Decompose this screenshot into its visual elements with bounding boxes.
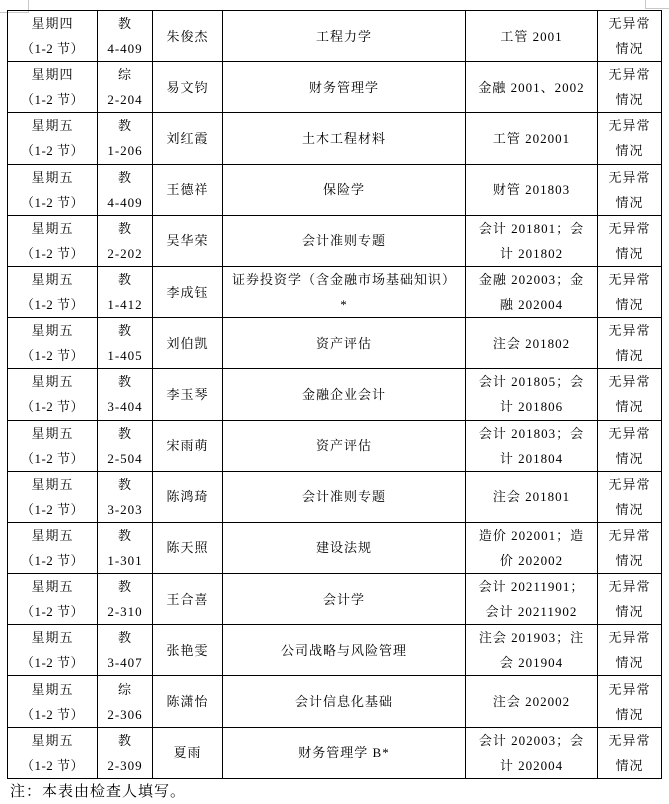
location-cell: 教1-405 [98, 318, 153, 369]
course-cell: 资产评估 [223, 318, 466, 369]
building-text: 教 [104, 267, 146, 292]
table-row: 星期五（1-2 节） 教1-405 刘伯凯 资产评估 注会 201802 无异常… [8, 318, 662, 369]
day-text: 星期五 [14, 574, 91, 599]
course-cell: 工程力学 [223, 11, 466, 62]
day-text: 星期五 [14, 677, 91, 702]
building-text: 教 [104, 728, 146, 753]
period-text: （1-2 节） [14, 446, 91, 471]
table-row: 星期四（1-2 节） 综2-204 易文钧 财务管理学 金融 2001、2002… [8, 62, 662, 113]
location-cell: 教3-203 [98, 471, 153, 522]
day-period-cell: 星期五（1-2 节） [8, 471, 98, 522]
day-text: 星期五 [14, 728, 91, 753]
building-text: 教 [104, 523, 146, 548]
table-row: 星期五（1-2 节） 教3-404 李玉琴 金融企业会计 会计 201805；会… [8, 369, 662, 420]
status-cell: 无异常情况 [598, 164, 662, 215]
course-cell: 建设法规 [223, 522, 466, 573]
period-text: （1-2 节） [14, 548, 91, 573]
day-text: 星期五 [14, 216, 91, 241]
table-row: 星期五（1-2 节） 教3-407 张艳雯 公司战略与风险管理 注会 20190… [8, 625, 662, 676]
class-cell: 注会 201801 [466, 471, 598, 522]
period-text: （1-2 节） [14, 497, 91, 522]
day-period-cell: 星期五（1-2 节） [8, 676, 98, 727]
room-text: 2-504 [104, 446, 146, 471]
teacher-cell: 朱俊杰 [153, 11, 223, 62]
day-text: 星期五 [14, 369, 91, 394]
building-text: 教 [104, 369, 146, 394]
period-text: （1-2 节） [14, 753, 91, 778]
class-cell: 注会 201802 [466, 318, 598, 369]
teacher-cell: 吴华荣 [153, 215, 223, 266]
room-text: 3-407 [104, 650, 146, 675]
status-cell: 无异常情况 [598, 522, 662, 573]
status-cell: 无异常情况 [598, 574, 662, 625]
day-period-cell: 星期五（1-2 节） [8, 113, 98, 164]
location-cell: 教3-407 [98, 625, 153, 676]
day-period-cell: 星期五（1-2 节） [8, 369, 98, 420]
day-period-cell: 星期五（1-2 节） [8, 420, 98, 471]
location-cell: 教2-202 [98, 215, 153, 266]
inspection-table: 星期四（1-2 节） 教4-409 朱俊杰 工程力学 工管 2001 无异常情况… [7, 10, 662, 779]
room-text: 3-203 [104, 497, 146, 522]
table-row: 星期五（1-2 节） 教4-409 王德祥 保险学 财管 201803 无异常情… [8, 164, 662, 215]
day-period-cell: 星期五（1-2 节） [8, 522, 98, 573]
class-cell: 金融 2001、2002 [466, 62, 598, 113]
day-text: 星期五 [14, 472, 91, 497]
period-text: （1-2 节） [14, 241, 91, 266]
period-text: （1-2 节） [14, 138, 91, 163]
day-period-cell: 星期五（1-2 节） [8, 727, 98, 778]
table-row: 星期五（1-2 节） 教1-301 陈天照 建设法规 造价 202001；造价 … [8, 522, 662, 573]
building-text: 教 [104, 318, 146, 343]
note-text: 注：本表由检查人填写。 [10, 780, 186, 801]
period-text: （1-2 节） [14, 650, 91, 675]
table-row: 星期五（1-2 节） 教2-310 王合喜 会计学 会计 20211901；会计… [8, 574, 662, 625]
class-cell: 会计 201803；会计 201804 [466, 420, 598, 471]
status-cell: 无异常情况 [598, 420, 662, 471]
location-cell: 教2-309 [98, 727, 153, 778]
teacher-cell: 李成钰 [153, 266, 223, 317]
location-cell: 教2-310 [98, 574, 153, 625]
course-cell: 财务管理学 [223, 62, 466, 113]
table-row: 星期五（1-2 节） 教2-202 吴华荣 会计准则专题 会计 201801；会… [8, 215, 662, 266]
status-cell: 无异常情况 [598, 369, 662, 420]
building-text: 综 [104, 62, 146, 87]
day-period-cell: 星期五（1-2 节） [8, 164, 98, 215]
location-cell: 教4-409 [98, 11, 153, 62]
period-text: （1-2 节） [14, 702, 91, 727]
class-cell: 工管 2001 [466, 11, 598, 62]
cropped-gridline-top-right [645, 0, 669, 9]
day-text: 星期五 [14, 267, 91, 292]
location-cell: 综2-306 [98, 676, 153, 727]
room-text: 2-204 [104, 87, 146, 112]
table-row: 星期四（1-2 节） 教4-409 朱俊杰 工程力学 工管 2001 无异常情况 [8, 11, 662, 62]
day-text: 星期五 [14, 523, 91, 548]
teacher-cell: 张艳雯 [153, 625, 223, 676]
table-row: 星期五（1-2 节） 教3-203 陈鸿琦 会计准则专题 注会 201801 无… [8, 471, 662, 522]
teacher-cell: 宋雨萌 [153, 420, 223, 471]
table-row: 星期五（1-2 节） 教1-206 刘红霞 土木工程材料 工管 202001 无… [8, 113, 662, 164]
status-cell: 无异常情况 [598, 215, 662, 266]
building-text: 综 [104, 677, 146, 702]
teacher-cell: 陈潇怡 [153, 676, 223, 727]
class-cell: 工管 202001 [466, 113, 598, 164]
course-cell: 会计信息化基础 [223, 676, 466, 727]
status-cell: 无异常情况 [598, 625, 662, 676]
period-text: （1-2 节） [14, 394, 91, 419]
day-text: 星期四 [14, 62, 91, 87]
teacher-cell: 王合喜 [153, 574, 223, 625]
period-text: （1-2 节） [14, 343, 91, 368]
period-text: （1-2 节） [14, 87, 91, 112]
class-cell: 财管 201803 [466, 164, 598, 215]
class-cell: 会计 202003；会计 202004 [466, 727, 598, 778]
status-cell: 无异常情况 [598, 676, 662, 727]
course-cell: 财务管理学 B* [223, 727, 466, 778]
room-text: 1-405 [104, 343, 146, 368]
building-text: 教 [104, 216, 146, 241]
class-cell: 会计 201801；会计 201802 [466, 215, 598, 266]
period-text: （1-2 节） [14, 599, 91, 624]
course-cell: 公司战略与风险管理 [223, 625, 466, 676]
building-text: 教 [104, 625, 146, 650]
status-cell: 无异常情况 [598, 266, 662, 317]
period-text: （1-2 节） [14, 36, 91, 61]
room-text: 2-306 [104, 702, 146, 727]
location-cell: 教4-409 [98, 164, 153, 215]
course-cell: 会计学 [223, 574, 466, 625]
class-cell: 注会 202002 [466, 676, 598, 727]
day-text: 星期四 [14, 11, 91, 36]
day-period-cell: 星期五（1-2 节） [8, 215, 98, 266]
status-cell: 无异常情况 [598, 62, 662, 113]
teacher-cell: 刘红霞 [153, 113, 223, 164]
room-text: 4-409 [104, 36, 146, 61]
room-text: 2-309 [104, 753, 146, 778]
status-cell: 无异常情况 [598, 11, 662, 62]
course-cell: 会计准则专题 [223, 215, 466, 266]
course-cell: 会计准则专题 [223, 471, 466, 522]
table-row: 星期五（1-2 节） 综2-306 陈潇怡 会计信息化基础 注会 202002 … [8, 676, 662, 727]
teacher-cell: 陈鸿琦 [153, 471, 223, 522]
teacher-cell: 刘伯凯 [153, 318, 223, 369]
day-text: 星期五 [14, 318, 91, 343]
building-text: 教 [104, 421, 146, 446]
room-text: 1-412 [104, 292, 146, 317]
room-text: 4-409 [104, 190, 146, 215]
location-cell: 教1-412 [98, 266, 153, 317]
period-text: （1-2 节） [14, 292, 91, 317]
course-cell: 土木工程材料 [223, 113, 466, 164]
day-period-cell: 星期五（1-2 节） [8, 318, 98, 369]
teacher-cell: 夏雨 [153, 727, 223, 778]
class-cell: 会计 20211901；会计 20211902 [466, 574, 598, 625]
class-cell: 注会 201903；注会 201904 [466, 625, 598, 676]
table-row: 星期五（1-2 节） 教2-309 夏雨 财务管理学 B* 会计 202003；… [8, 727, 662, 778]
class-cell: 会计 201805；会计 201806 [466, 369, 598, 420]
table-row: 星期五（1-2 节） 教1-412 李成钰 证券投资学（含金融市场基础知识）* … [8, 266, 662, 317]
teacher-cell: 陈天照 [153, 522, 223, 573]
location-cell: 综2-204 [98, 62, 153, 113]
teacher-cell: 李玉琴 [153, 369, 223, 420]
course-cell: 保险学 [223, 164, 466, 215]
status-cell: 无异常情况 [598, 113, 662, 164]
room-text: 1-206 [104, 138, 146, 163]
teacher-cell: 王德祥 [153, 164, 223, 215]
teacher-cell: 易文钧 [153, 62, 223, 113]
building-text: 教 [104, 113, 146, 138]
building-text: 教 [104, 11, 146, 36]
table-row: 星期五（1-2 节） 教2-504 宋雨萌 资产评估 会计 201803；会计 … [8, 420, 662, 471]
location-cell: 教1-301 [98, 522, 153, 573]
document-page: 星期四（1-2 节） 教4-409 朱俊杰 工程力学 工管 2001 无异常情况… [0, 0, 669, 804]
room-text: 1-301 [104, 548, 146, 573]
status-cell: 无异常情况 [598, 471, 662, 522]
course-cell: 金融企业会计 [223, 369, 466, 420]
location-cell: 教2-504 [98, 420, 153, 471]
course-cell: 证券投资学（含金融市场基础知识）* [223, 266, 466, 317]
day-text: 星期五 [14, 113, 91, 138]
location-cell: 教3-404 [98, 369, 153, 420]
building-text: 教 [104, 472, 146, 497]
status-cell: 无异常情况 [598, 727, 662, 778]
course-cell: 资产评估 [223, 420, 466, 471]
day-period-cell: 星期四（1-2 节） [8, 62, 98, 113]
day-text: 星期五 [14, 625, 91, 650]
building-text: 教 [104, 165, 146, 190]
room-text: 2-202 [104, 241, 146, 266]
location-cell: 教1-206 [98, 113, 153, 164]
building-text: 教 [104, 574, 146, 599]
room-text: 2-310 [104, 599, 146, 624]
period-text: （1-2 节） [14, 190, 91, 215]
day-text: 星期五 [14, 421, 91, 446]
day-text: 星期五 [14, 165, 91, 190]
class-cell: 金融 202003；金融 202004 [466, 266, 598, 317]
day-period-cell: 星期四（1-2 节） [8, 11, 98, 62]
day-period-cell: 星期五（1-2 节） [8, 266, 98, 317]
status-cell: 无异常情况 [598, 318, 662, 369]
day-period-cell: 星期五（1-2 节） [8, 625, 98, 676]
day-period-cell: 星期五（1-2 节） [8, 574, 98, 625]
class-cell: 造价 202001；造价 202002 [466, 522, 598, 573]
room-text: 3-404 [104, 394, 146, 419]
